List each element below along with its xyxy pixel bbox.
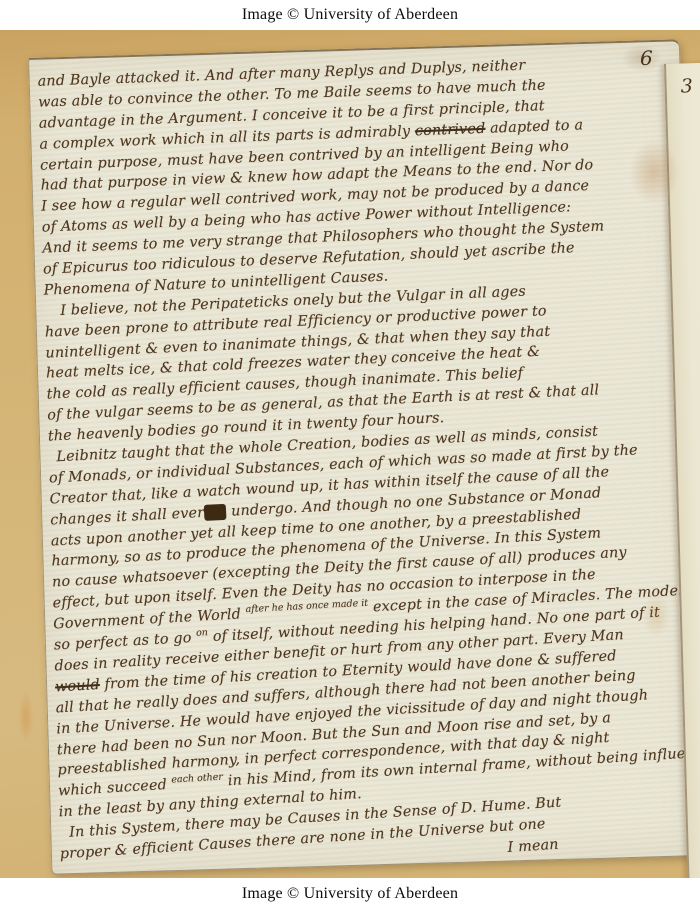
stain	[16, 682, 36, 752]
manuscript-segment-strike: would	[55, 677, 101, 695]
manuscript-page: and Bayle attacked it. And after many Re…	[28, 39, 700, 874]
adjacent-page-number: 3	[680, 75, 693, 97]
manuscript-text: and Bayle attacked it. And after many Re…	[37, 54, 692, 878]
manuscript-segment-blot: go	[204, 504, 227, 521]
footer-credit-band: Image © University of Aberdeen	[0, 878, 700, 910]
manuscript-segment-strike: contrived	[415, 120, 486, 138]
manuscript-segment: adapted to a	[485, 117, 583, 136]
header-credit-band: Image © University of Aberdeen	[0, 0, 700, 30]
manuscript-photo: 3 and Bayle attacked it. And after many …	[0, 30, 700, 878]
manuscript-segment-insert: on	[196, 627, 208, 639]
manuscript-segment-insert: each other	[171, 772, 223, 786]
footer-credit-text: Image © University of Aberdeen	[242, 885, 458, 903]
header-credit-text: Image © University of Aberdeen	[242, 6, 458, 24]
corner-fold-shadow	[612, 38, 672, 78]
